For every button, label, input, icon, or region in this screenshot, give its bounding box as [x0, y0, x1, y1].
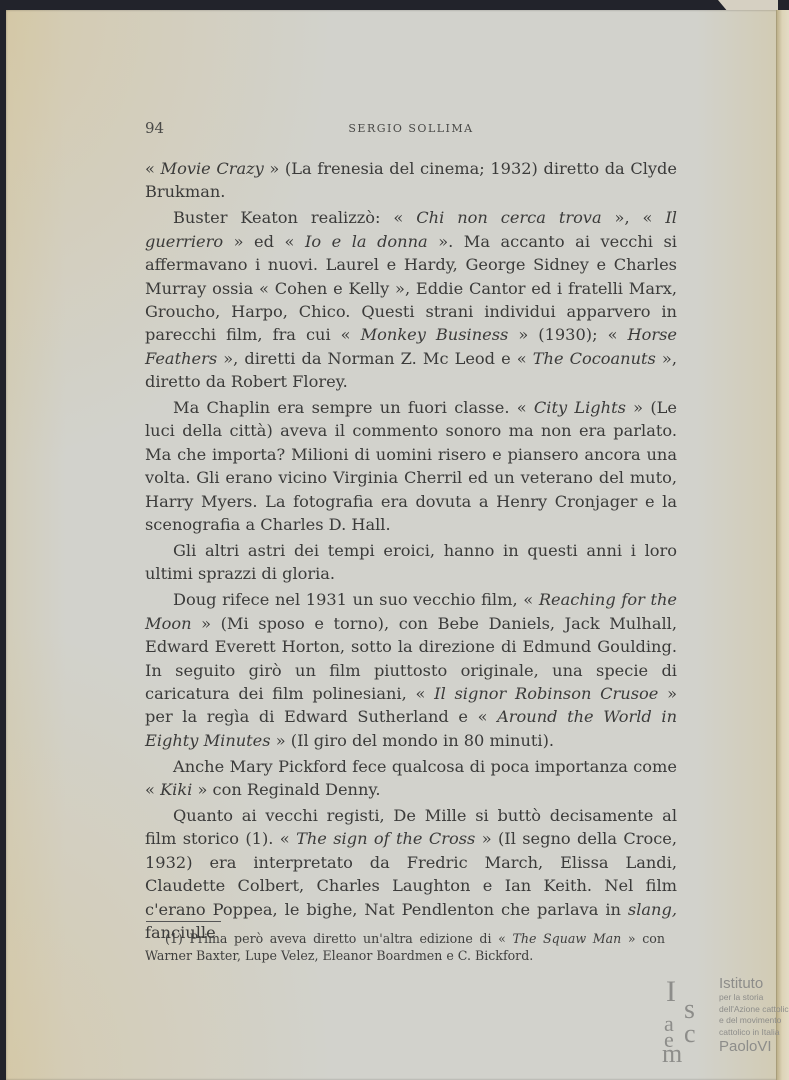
text-run: » (1930); « [508, 325, 627, 344]
logo-text: Istituto per la storia dell'Azione catto… [719, 975, 789, 1055]
paragraph: Gli altri astri dei tempi eroici, hanno … [145, 539, 677, 586]
page-edge [776, 10, 789, 1080]
text-run: » con Reginald Denny. [192, 780, 380, 799]
logo-letter: m [662, 1043, 682, 1065]
logo-letter: c [684, 1023, 696, 1045]
italic-title: City Lights [534, 398, 626, 417]
paragraph: Ma Chaplin era sempre un fuori classe. «… [145, 396, 677, 536]
paragraph: Buster Keaton realizzò: « Chi non cerca … [145, 206, 677, 393]
italic-title: Kiki [160, 780, 192, 799]
italic-title: Monkey Business [361, 325, 509, 344]
text-run: » ed « [223, 232, 305, 251]
italic-title: slang, [628, 900, 677, 919]
logo-letter: I [666, 977, 676, 1007]
logo-line: e del movimento [719, 1015, 789, 1027]
italic-title: The sign of the Cross [296, 829, 475, 848]
paragraph: « Movie Crazy » (La frenesia del cinema;… [145, 157, 677, 204]
running-head: 94 SERGIO SOLLIMA [145, 119, 677, 139]
italic-title: Io e la donna [305, 232, 428, 251]
italic-title: Movie Crazy [161, 159, 264, 178]
text-run: « [145, 159, 161, 178]
paragraph: Anche Mary Pickford fece qualcosa di poc… [145, 755, 677, 802]
footnote-text: (1) Prima però aveva diretto un'altra ed… [145, 930, 665, 964]
logo-line: cattolico in Italia [719, 1027, 789, 1039]
paragraph: Doug rifece nel 1931 un suo vecchio film… [145, 588, 677, 752]
text-run: Ma Chaplin era sempre un fuori classe. « [173, 398, 534, 417]
paragraph: Quanto ai vecchi registi, De Mille si bu… [145, 804, 677, 944]
logo-line: Istituto [719, 975, 789, 992]
text-run: », « [602, 208, 666, 227]
italic-title: The Squaw Man [512, 931, 621, 946]
text-run: » (Le luci della città) aveva il comment… [145, 398, 677, 534]
header-author: SERGIO SOLLIMA [145, 122, 677, 135]
text-run: Buster Keaton realizzò: « [173, 208, 416, 227]
logo-letter: s [684, 999, 695, 1021]
logo-line: per la storia [719, 992, 789, 1004]
institute-watermark-logo: I s a e c m Istituto per la storia dell'… [662, 975, 787, 1070]
body-text: « Movie Crazy » (La frenesia del cinema;… [145, 157, 677, 947]
footnote-divider [146, 921, 221, 922]
logo-line: dell'Azione cattolica [719, 1004, 789, 1016]
italic-title: Chi non cerca trova [416, 208, 601, 227]
italic-title: The Cocoanuts [533, 349, 656, 368]
logo-line: PaoloVI [719, 1038, 789, 1055]
text-run: Doug rifece nel 1931 un suo vecchio film… [173, 590, 539, 609]
text-run: » (Il giro del mondo in 80 minuti). [271, 731, 554, 750]
footnote: (1) Prima però aveva diretto un'altra ed… [145, 930, 665, 964]
text-run: (1) Prima però aveva diretto un'altra ed… [165, 931, 512, 946]
italic-title: Il signor Robinson Crusoe [434, 684, 658, 703]
text-run: », diretti da Norman Z. Mc Leod e « [217, 349, 533, 368]
text-run: Gli altri astri dei tempi eroici, hanno … [145, 541, 677, 583]
logo-monogram: I s a e c m [662, 975, 718, 1067]
